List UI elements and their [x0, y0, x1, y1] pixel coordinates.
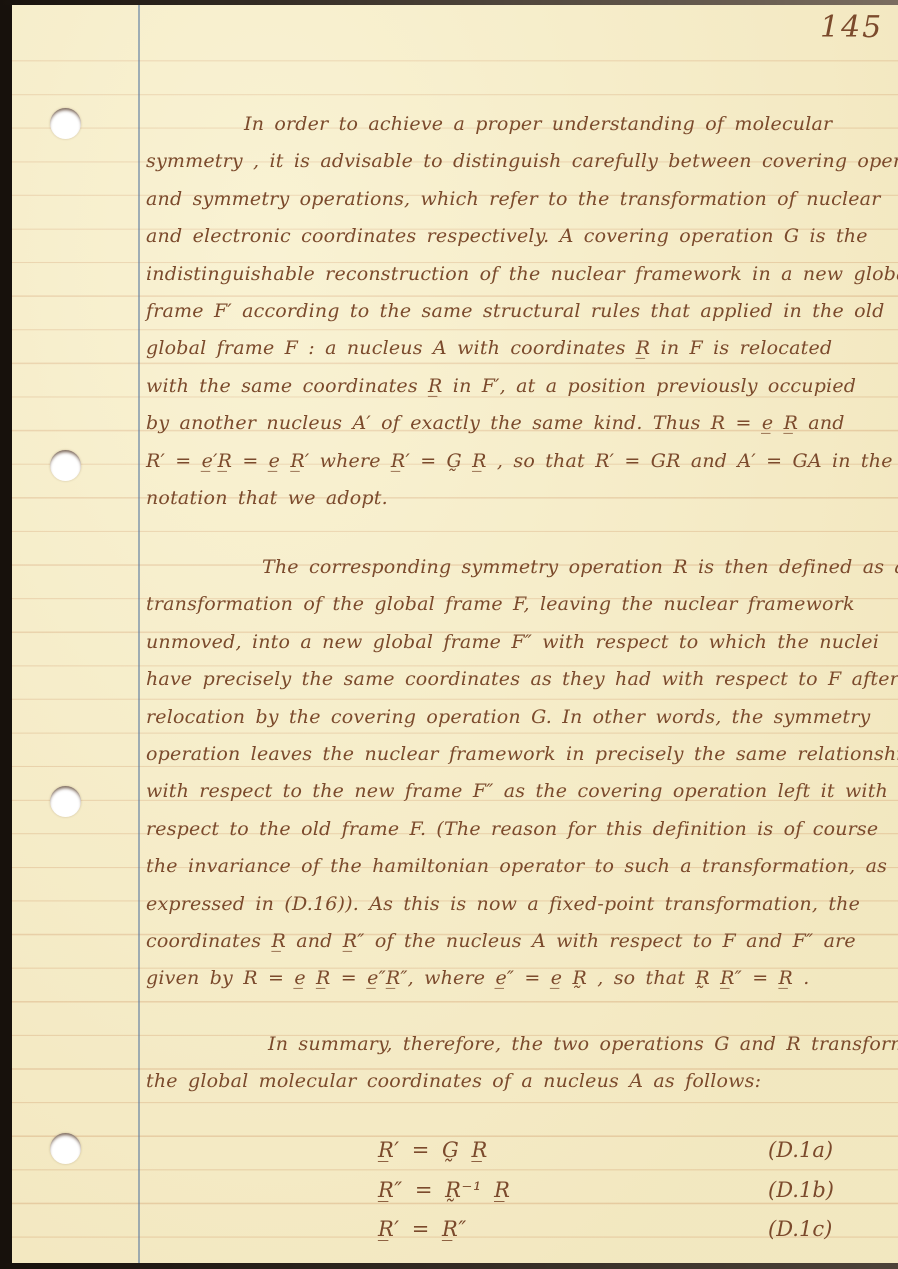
paragraph-3: In summary, therefore, the two operation…: [146, 1026, 888, 1101]
text-line: the global molecular coordinates of a nu…: [146, 1063, 888, 1100]
equation-block: R̲′ = G̰ R̲ (D.1a) R̲″ = R̰⁻¹ R̲ (D.1b) …: [146, 1131, 888, 1250]
punch-hole: [50, 1133, 81, 1164]
paragraph-2: The corresponding symmetry operation R i…: [146, 549, 888, 998]
equation-row: R̲′ = G̰ R̲ (D.1a): [146, 1131, 888, 1171]
punch-hole: [50, 108, 81, 139]
equation-expression: R̲′ = R̲″: [378, 1210, 467, 1250]
paragraph-1: In order to achieve a proper understandi…: [146, 106, 888, 517]
text-line: operation leaves the nuclear framework i…: [146, 736, 888, 773]
text-line: respect to the old frame F. (The reason …: [146, 811, 888, 848]
text-line: frame F′ according to the same structura…: [146, 293, 888, 330]
text-line: R′ = e̲′R̲ = e̲ R̲′ where R̲′ = G̰ R̲ , …: [146, 443, 888, 480]
text-line: given by R = e̲ R̲ = e̲″R̲″, where e̲″ =…: [146, 960, 888, 997]
scan-edge-top: [0, 0, 898, 5]
scan-edge-left: [0, 0, 12, 1269]
equation-row: R̲″ = R̰⁻¹ R̲ (D.1b): [146, 1171, 888, 1211]
text-line: the invariance of the hamiltonian operat…: [146, 848, 888, 885]
text-line: expressed in (D.16)). As this is now a f…: [146, 886, 888, 923]
notebook-page: 145 In order to achieve a proper underst…: [0, 0, 898, 1269]
equation-expression: R̲″ = R̰⁻¹ R̲: [378, 1171, 510, 1211]
punch-hole: [50, 450, 81, 481]
punch-hole: [50, 786, 81, 817]
text-line: In summary, therefore, the two operation…: [146, 1026, 888, 1063]
equation-row: R̲′ = R̲″ (D.1c): [146, 1210, 888, 1250]
text-line: with the same coordinates R̲ in F′, at a…: [146, 368, 888, 405]
text-line: and electronic coordinates respectively.…: [146, 218, 888, 255]
text-line: The corresponding symmetry operation R i…: [146, 549, 888, 586]
text-line: and symmetry operations, which refer to …: [146, 181, 888, 218]
text-line: indistinguishable reconstruction of the …: [146, 256, 888, 293]
page-number: 145: [820, 10, 883, 45]
text-line: by another nucleus A′ of exactly the sam…: [146, 405, 888, 442]
text-line: In order to achieve a proper understandi…: [146, 106, 888, 143]
equation-label: (D.1b): [768, 1171, 834, 1211]
text-line: symmetry , it is advisable to distinguis…: [146, 143, 888, 180]
equation-label: (D.1a): [768, 1131, 833, 1171]
text-line: relocation by the covering operation G. …: [146, 699, 888, 736]
margin-line: [138, 0, 140, 1269]
text-line: with respect to the new frame F″ as the …: [146, 773, 888, 810]
text-line: transformation of the global frame F, le…: [146, 586, 888, 623]
equation-expression: R̲′ = G̰ R̲: [378, 1131, 488, 1171]
text-line: global frame F : a nucleus A with coordi…: [146, 330, 888, 367]
text-line: have precisely the same coordinates as t…: [146, 661, 888, 698]
text-line: notation that we adopt.: [146, 480, 888, 517]
equation-label: (D.1c): [768, 1210, 832, 1250]
text-line: coordinates R̲ and R̲″ of the nucleus A …: [146, 923, 888, 960]
text-line: unmoved, into a new global frame F″ with…: [146, 624, 888, 661]
scan-edge-bottom: [0, 1263, 898, 1269]
